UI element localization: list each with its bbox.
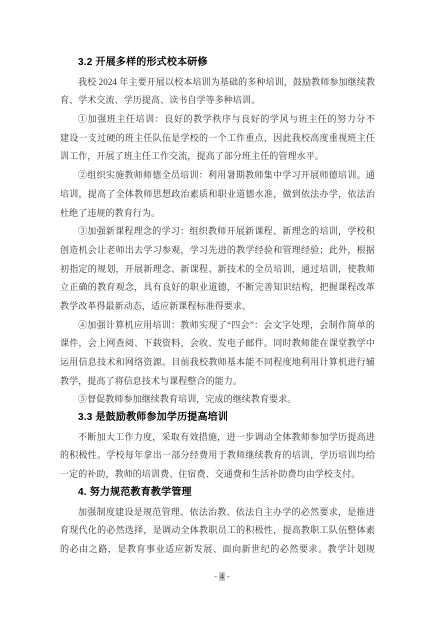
- text-line: 一定的补助，教师的培训费、住宿费、交通费和生活补助费均由学校支付。: [60, 465, 375, 484]
- text-line: ④加强计算机应用培训：教师实现了“四会”：会文字处理，会制作简单的: [60, 316, 375, 335]
- text-line: 初指定的规划，开展新理念、新课程、新技术的全员培训，通过培训，使教师树: [60, 260, 375, 279]
- page-footer: - 4 -: [0, 571, 444, 583]
- section-heading: 4. 努力规范教育教学管理: [60, 484, 375, 503]
- document-page: 3.2 开展多样的形式校本研修我校 2024 年主要开展以校本培训为基础的多种培…: [0, 0, 444, 622]
- text-line: ⑤督促教师参加继续教育培训，完成的继续教育要求。: [60, 390, 375, 409]
- text-line: 不断加大工作力度，采取有效措施，进一步调动全体教师参加学历提高进修: [60, 428, 375, 447]
- page-number-suffix: -: [225, 572, 230, 581]
- text-line: 育现代化的必然选择，是调动全体教职员工的积极性，提高教职工队伍整体素质: [60, 521, 375, 540]
- text-line: 建设一支过硬的班主任队伍是学校的一个工作重点，因此我校高度重视班主任培: [60, 129, 375, 148]
- section-heading: 3.2 开展多样的形式校本研修: [60, 54, 375, 73]
- text-line: 加强制度建设是规范管理、依法治教、依法自主办学的必然要求，是推进教: [60, 503, 375, 522]
- text-line: 运用信息技术和网络资源。目前我校教师基本能不同程度地利用计算机进行辅助: [60, 353, 375, 372]
- text-line: ①加强班主任培训：良好的教学秩序与良好的学风与班主任的努力分不开，: [60, 110, 375, 129]
- text-line: 培训，提高了全体教师思想政治素质和职业道德水准，做到依法办学，依法治教，: [60, 185, 375, 204]
- text-line: ②组织实施教师师德全员培训：利用暑期教师集中学习开展师德培训。通过: [60, 166, 375, 185]
- text-line: 立正确的教育观念，具有良好的职业道德，不断完善知识结构，把握课程改革和: [60, 278, 375, 297]
- document-body: 3.2 开展多样的形式校本研修我校 2024 年主要开展以校本培训为基础的多种培…: [60, 54, 375, 559]
- text-line: 杜绝了违规的教育行为。: [60, 204, 375, 223]
- text-line: 的积极性。学校每年拿出一部分经费用于教师继续教育的培训，学历培训均给予: [60, 446, 375, 465]
- text-line: ③加强新课程理念的学习：组织教师开展新课程、新理念的培训，学校积极: [60, 222, 375, 241]
- text-line: 我校 2024 年主要开展以校本培训为基础的多种培训，鼓励教师参加继续教: [60, 73, 375, 92]
- section-heading: 3.3 是鼓励教师参加学历提高培训: [60, 409, 375, 428]
- text-line: 的必由之路，是教育事业适应新发展、面向新世纪的必然要求。教学计划规范、: [60, 540, 375, 559]
- text-line: 育、学术交流、学历提高、读书自学等多种培训。: [60, 91, 375, 110]
- text-line: 教学，提高了将信息技术与课程整合的能力。: [60, 372, 375, 391]
- text-line: 训工作，开展了班主任工作交流，提高了部分班主任的管理水平。: [60, 147, 375, 166]
- text-line: 课件，会上网查阅、下载资料，会收、发电子邮件。同时教师能在课堂教学中会: [60, 334, 375, 353]
- text-line: 教学改革得最新动态，适应新课程标准得要求。: [60, 297, 375, 316]
- text-line: 创造机会让老师出去学习参观，学习先进的教学经验和管理经验；此外，根据年: [60, 241, 375, 260]
